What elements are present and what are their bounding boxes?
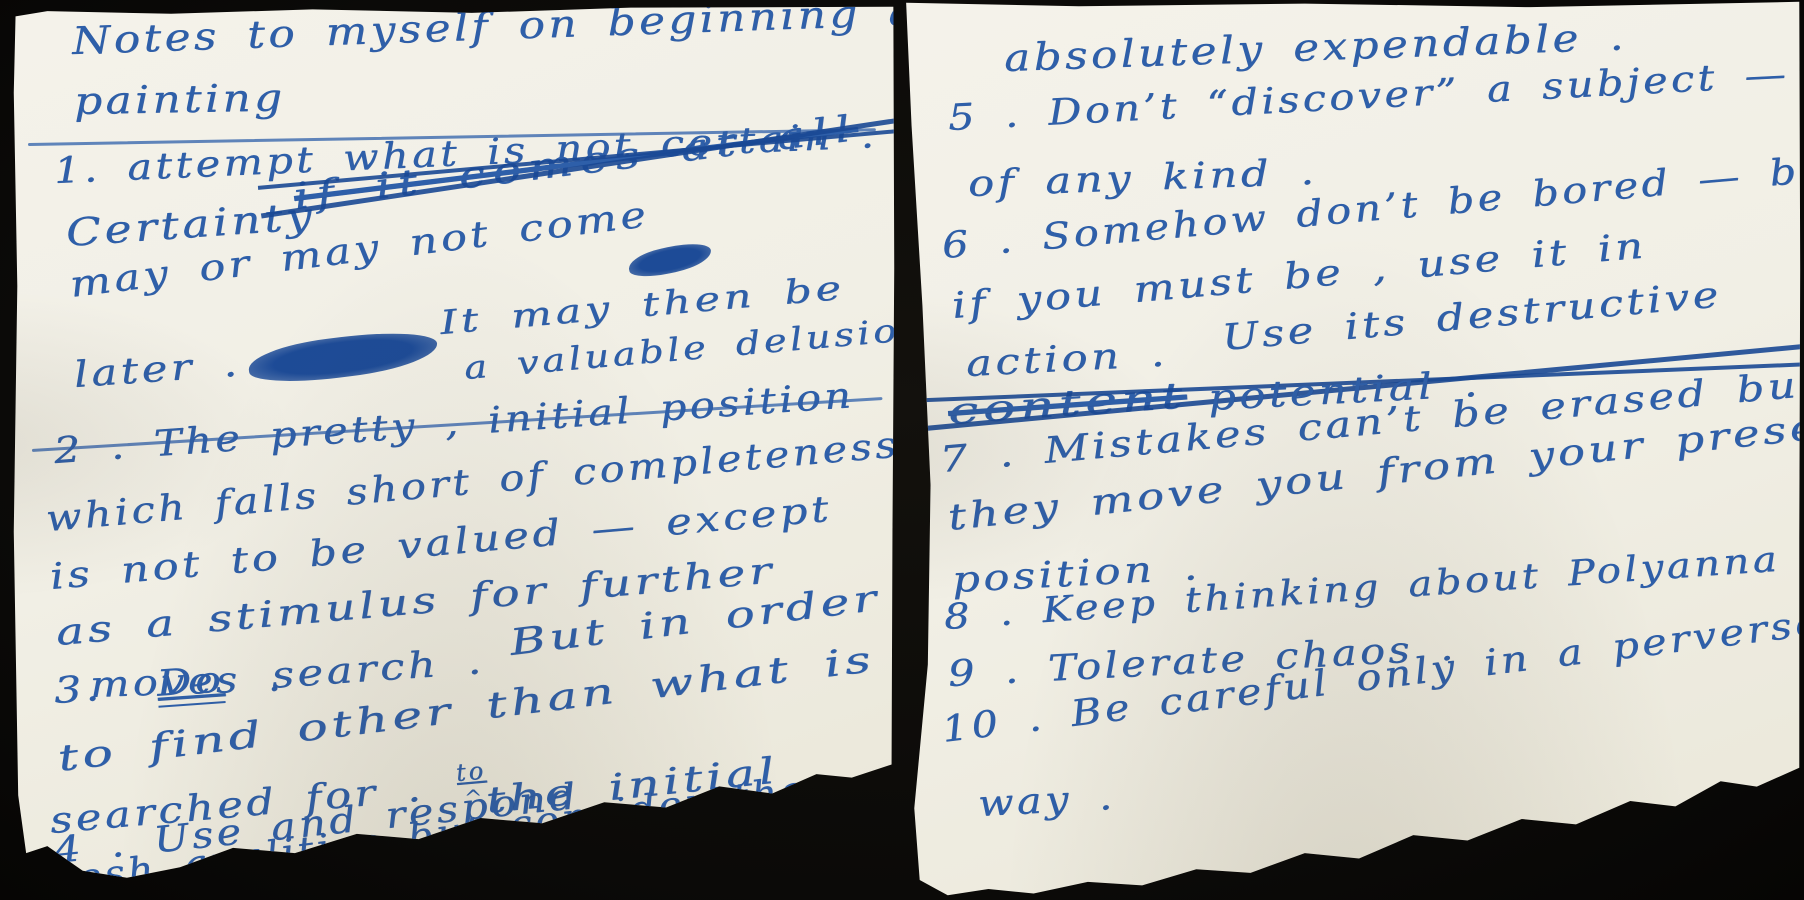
title-line-2: painting [74, 75, 286, 123]
photo-canvas: Notes to myself on beginning a painting … [0, 0, 1804, 900]
item-3-do-underlined: Do [155, 659, 226, 708]
title-line-1: Notes to myself on beginning a [71, 0, 918, 63]
ink-scribble-blob [626, 239, 714, 282]
item-6-line-3a: action . [965, 333, 1169, 385]
item-10-line-2: way . [977, 777, 1116, 825]
ink-scribble-blob [246, 326, 439, 389]
left-page: Notes to myself on beginning a painting … [12, 5, 896, 883]
item-3-number: 3. [53, 668, 104, 712]
item-3-search: search . [270, 641, 486, 697]
item-4-inserted-word: to [455, 756, 487, 787]
item-1-later: later . [73, 343, 242, 396]
right-page: absolutely expendable . 5 . Don’t “disco… [898, 0, 1802, 898]
